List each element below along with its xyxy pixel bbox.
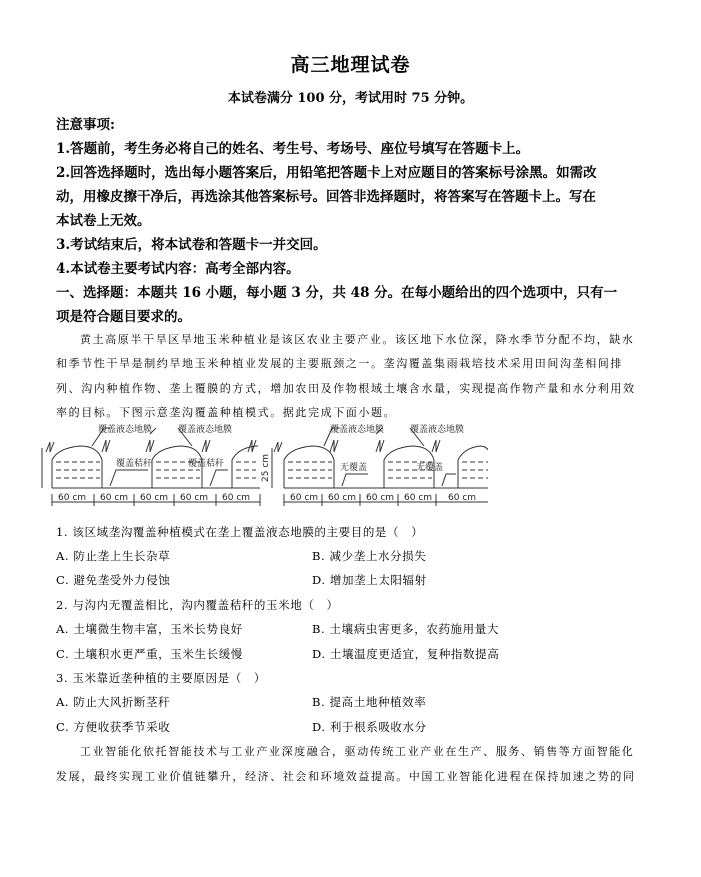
question-2-option-b[interactable]: B. 土壤病虫害更多，农药施用量大 (312, 621, 499, 637)
left-width-label-5: 60 cm (222, 493, 250, 503)
right-ridge-label-1: 覆盖液态地膜 (330, 423, 384, 435)
question-3-option-c[interactable]: C. 方便收获季节采收 (56, 719, 170, 735)
left-width-label-3: 60 cm (140, 493, 168, 503)
left-ridge-label-2: 覆盖液态地膜 (178, 423, 232, 435)
right-ridge-label-2: 覆盖液态地膜 (410, 423, 464, 435)
exam-title: 高三地理试卷 (0, 50, 701, 77)
question-2-option-a[interactable]: A. 土壤微生物丰富，玉米长势良好 (56, 621, 243, 637)
passage1-line-1: 黄土高原半干旱区旱地玉米种植业是该区农业主要产业。该区地下水位深，降水季节分配不… (80, 331, 634, 347)
left-ridge-label-1: 覆盖液态地膜 (98, 423, 152, 435)
passage2-line-2: 发展，最终实现工业价值链攀升，经济、社会和环境效益提高。中国工业智能化进程在保持… (56, 768, 636, 784)
section-heading-line-2: 项是符合题目要求的。 (56, 305, 191, 325)
notice-item-1: 1.答题前，考生务必将自己的姓名、考生号、考场号、座位号填写在答题卡上。 (56, 137, 529, 157)
passage1-line-3: 列、沟内种植作物、垄上覆膜的方式，增加农田及作物根域土壤含水量，实现提高作物产量… (56, 380, 636, 396)
question-1-option-b[interactable]: B. 减少垄上水分损失 (312, 548, 426, 564)
question-2-option-c[interactable]: C. 土壤积水更严重，玉米生长缓慢 (56, 646, 243, 662)
right-furrow-label-2: 无覆盖 (416, 461, 443, 473)
question-1-stem: 1. 该区域垄沟覆盖种植模式在垄上覆盖液态地膜的主要目的是（ ） (56, 524, 423, 540)
left-width-label-1: 60 cm (58, 493, 86, 503)
left-width-label-4: 60 cm (180, 493, 208, 503)
notice-item-2-line-2: 动，用橡皮擦干净后，再选涂其他答案标号。回答非选择题时，将答案写在答题卡上。写在 (56, 185, 596, 205)
ridge-furrow-diagram: 覆盖液态地膜 覆盖液态地膜 覆盖秸秆 覆盖秸秆 60 cm 60 cm 60 c… (38, 422, 488, 508)
question-2-option-d[interactable]: D. 土壤温度更适宜，复种指数提高 (312, 646, 499, 662)
passage1-line-2: 和季节性干旱是制约旱地玉米种植业发展的主要瓶颈之一。垄沟覆盖集雨栽培技术采用田间… (56, 355, 623, 371)
notice-item-3: 3.考试结束后，将本试卷和答题卡一并交回。 (56, 233, 327, 253)
passage1-line-4: 率的目标。下图示意垄沟覆盖种植模式。据此完成下面小题。 (56, 404, 396, 420)
right-width-label-3: 60 cm (366, 493, 394, 503)
notice-item-2-line-3: 本试卷上无效。 (56, 209, 151, 229)
right-width-label-4: 60 cm (404, 493, 432, 503)
notice-item-2-line-1: 2.回答选择题时，选出每小题答案后，用铅笔把答题卡上对应题目的答案标号涂黑。如需… (56, 161, 597, 181)
question-1-option-a[interactable]: A. 防止垄上生长杂草 (56, 548, 170, 564)
left-width-label-2: 60 cm (100, 493, 128, 503)
question-3-stem: 3. 玉米靠近垄种植的主要原因是（ ） (56, 670, 266, 686)
question-1-option-c[interactable]: C. 避免垄受外力侵蚀 (56, 572, 170, 588)
question-2-stem: 2. 与沟内无覆盖相比，沟内覆盖秸秆的玉米地（ ） (56, 597, 339, 613)
passage2-line-1: 工业智能化依托智能技术与工业产业深度融合，驱动传统工业产业在生产、服务、销售等方… (80, 743, 634, 759)
left-furrow-label-2: 覆盖秸秆 (188, 457, 224, 469)
left-furrow-label-1: 覆盖秸秆 (116, 457, 152, 469)
section-heading-line-1: 一、选择题：本题共 16 小题，每小题 3 分，共 48 分。在每小题给出的四个… (56, 281, 617, 301)
question-3-option-d[interactable]: D. 利于根系吸收水分 (312, 719, 427, 735)
left-height-label: 25 cm (38, 454, 39, 482)
question-1-option-d[interactable]: D. 增加垄上太阳辐射 (312, 572, 427, 588)
question-3-option-a[interactable]: A. 防止大风折断茎秆 (56, 694, 170, 710)
notice-item-4: 4.本试卷主要考试内容：高考全部内容。 (56, 257, 300, 277)
right-width-label-1: 60 cm (290, 493, 318, 503)
right-width-label-5: 60 cm (448, 493, 476, 503)
notice-heading: 注意事项: (56, 113, 115, 133)
exam-subtitle: 本试卷满分 100 分，考试用时 75 分钟。 (0, 87, 701, 106)
right-width-label-2: 60 cm (328, 493, 356, 503)
question-3-option-b[interactable]: B. 提高土地种植效率 (312, 694, 426, 710)
right-height-label: 25 cm (261, 454, 271, 482)
right-furrow-label-1: 无覆盖 (340, 461, 367, 473)
